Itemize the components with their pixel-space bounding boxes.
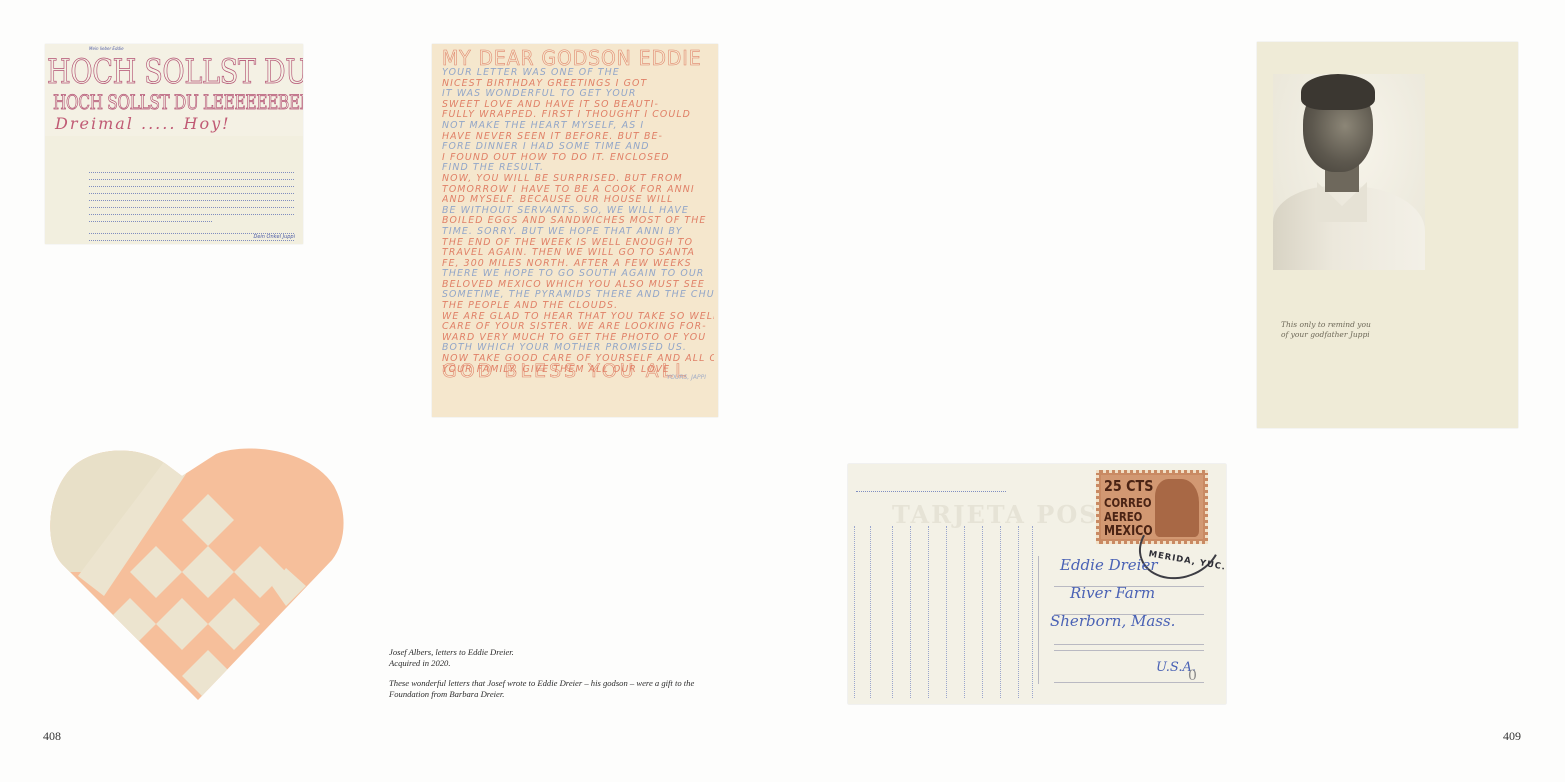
crayon-letter-line: BE WITHOUT SERVANTS. SO, WE WILL HAVE [442,206,714,217]
address-line-3: Sherborn, Mass. [1050,612,1175,630]
caption-acquired: Acquired in 2020. [389,658,451,668]
crayon-letter-line: FE, 300 MILES NORTH. AFTER A FEW WEEKS [442,259,714,270]
crayon-letter-signature: YOURS, JAPPI [667,374,706,381]
page-number-right: 409 [1503,729,1521,744]
postcard-top-handwriting [856,488,1026,495]
woven-paper-heart [48,446,346,704]
crayon-letter-line: NICEST BIRTHDAY GREETINGS I GOT [442,79,714,90]
crayon-letter-line: BOILED EGGS AND SANDWICHES MOST OF THE [442,216,714,227]
postcard-divider [1038,556,1039,684]
crayon-letter-line: SOMETIME, THE PYRAMIDS THERE AND THE CHU… [442,290,714,301]
crayon-letter-to-godson: MY DEAR GODSON EDDIE YOUR LETTER WAS ONE… [432,44,718,417]
crayon-letter-line: WARD VERY MUCH TO GET THE PHOTO OF YOU [442,333,714,344]
letter-headline-2: HOCH SOLLST DU LEEEEEEBEN [53,90,303,114]
crayon-letter-line: NOT MAKE THE HEART MYSELF, AS I [442,121,714,132]
crayon-letter-line: FIND THE RESULT. [442,163,714,174]
figure-caption: Josef Albers, letters to Eddie Dreier. A… [389,647,729,709]
mexican-postcard: TARJETA POSTAL 25 CTS CORREO AEREO MEXIC… [848,464,1226,704]
crayon-letter-line: TIME. SORRY. BUT WE HOPE THAT ANNI BY [442,227,714,238]
crayon-letter-body: YOUR LETTER WAS ONE OF THENICEST BIRTHDA… [442,68,714,375]
address-line-1: Eddie Dreier [1060,556,1158,574]
crayon-letter-line: NOW, YOU WILL BE SURPRISED. BUT FROM [442,174,714,185]
portrait-hair [1301,74,1375,110]
portrait-photograph [1273,74,1425,270]
crayon-letter-line: THERE WE HOPE TO GO SOUTH AGAIN TO OUR [442,269,714,280]
crayon-letter-line: TRAVEL AGAIN. THEN WE WILL GO TO SANTA [442,248,714,259]
crayon-letter-line: IT WAS WONDERFUL TO GET YOUR [442,89,714,100]
birthday-letter-german: Mein lieber Eddie HOCH SOLLST DU LEBEN H… [45,44,303,244]
crayon-letter-line: AND MYSELF. BECAUSE OUR HOUSE WILL [442,195,714,206]
crayon-letter-line: THE PEOPLE AND THE CLOUDS. [442,301,714,312]
crayon-letter-line: TOMORROW I HAVE TO BE A COOK FOR ANNI [442,185,714,196]
address-line-2: River Farm [1070,584,1155,602]
crayon-letter-line: FULLY WRAPPED. FIRST I THOUGHT I COULD [442,110,714,121]
letter-signature: Dein Onkel Juppi [253,234,295,240]
page-number-left: 408 [43,729,61,744]
inscription-line-2: of your godfather Juppi [1281,330,1371,340]
stamp-line-2: CORREO [1104,497,1152,509]
crayon-letter-line: BOTH WHICH YOUR MOTHER PROMISED US. [442,343,714,354]
crayon-letter-closing: GOD BLESS YOU ALL [442,360,689,382]
portrait-photo-card: This only to remind you of your godfathe… [1257,42,1518,428]
portrait-inscription: This only to remind you of your godfathe… [1281,320,1371,340]
crayon-letter-line: WE ARE GLAD TO HEAR THAT YOU TAKE SO WEL… [442,312,714,323]
crayon-letter-line: FORE DINNER I HAD SOME TIME AND [442,142,714,153]
crayon-letter-line: BELOVED MEXICO WHICH YOU ALSO MUST SEE [442,280,714,291]
letter-body-handwriting [89,169,294,244]
postcard-corner-mark: 0 [1188,668,1197,684]
stamp-value: 25 CTS [1104,479,1153,494]
caption-title: Josef Albers, letters to Eddie Dreier. [389,647,514,657]
crayon-letter-line: HAVE NEVER SEEN IT BEFORE. BUT BE- [442,132,714,143]
heart-illustration [48,446,346,704]
caption-description: These wonderful letters that Josef wrote… [389,678,729,699]
letter-signoff: Dreimal ..... Hoy! [55,114,231,133]
crayon-letter-line: SWEET LOVE AND HAVE IT SO BEAUTI- [442,100,714,111]
inscription-line-1: This only to remind you [1281,320,1371,330]
stamp-line-3: AEREO [1104,511,1142,523]
crayon-letter-line: CARE OF YOUR SISTER. WE ARE LOOKING FOR- [442,322,714,333]
letter-headline-1: HOCH SOLLST DU LEBEN [47,52,303,92]
crayon-letter-heading: MY DEAR GODSON EDDIE [442,46,702,70]
crayon-letter-line: YOUR LETTER WAS ONE OF THE [442,68,714,79]
book-spread: Mein lieber Eddie HOCH SOLLST DU LEBEN H… [0,0,1565,782]
letter-salutation: Mein lieber Eddie [89,46,124,51]
portrait-shoulders [1273,186,1425,270]
crayon-letter-line: THE END OF THE WEEK IS WELL ENOUGH TO [442,238,714,249]
crayon-letter-line: I FOUND OUT HOW TO DO IT. ENCLOSED [442,153,714,164]
